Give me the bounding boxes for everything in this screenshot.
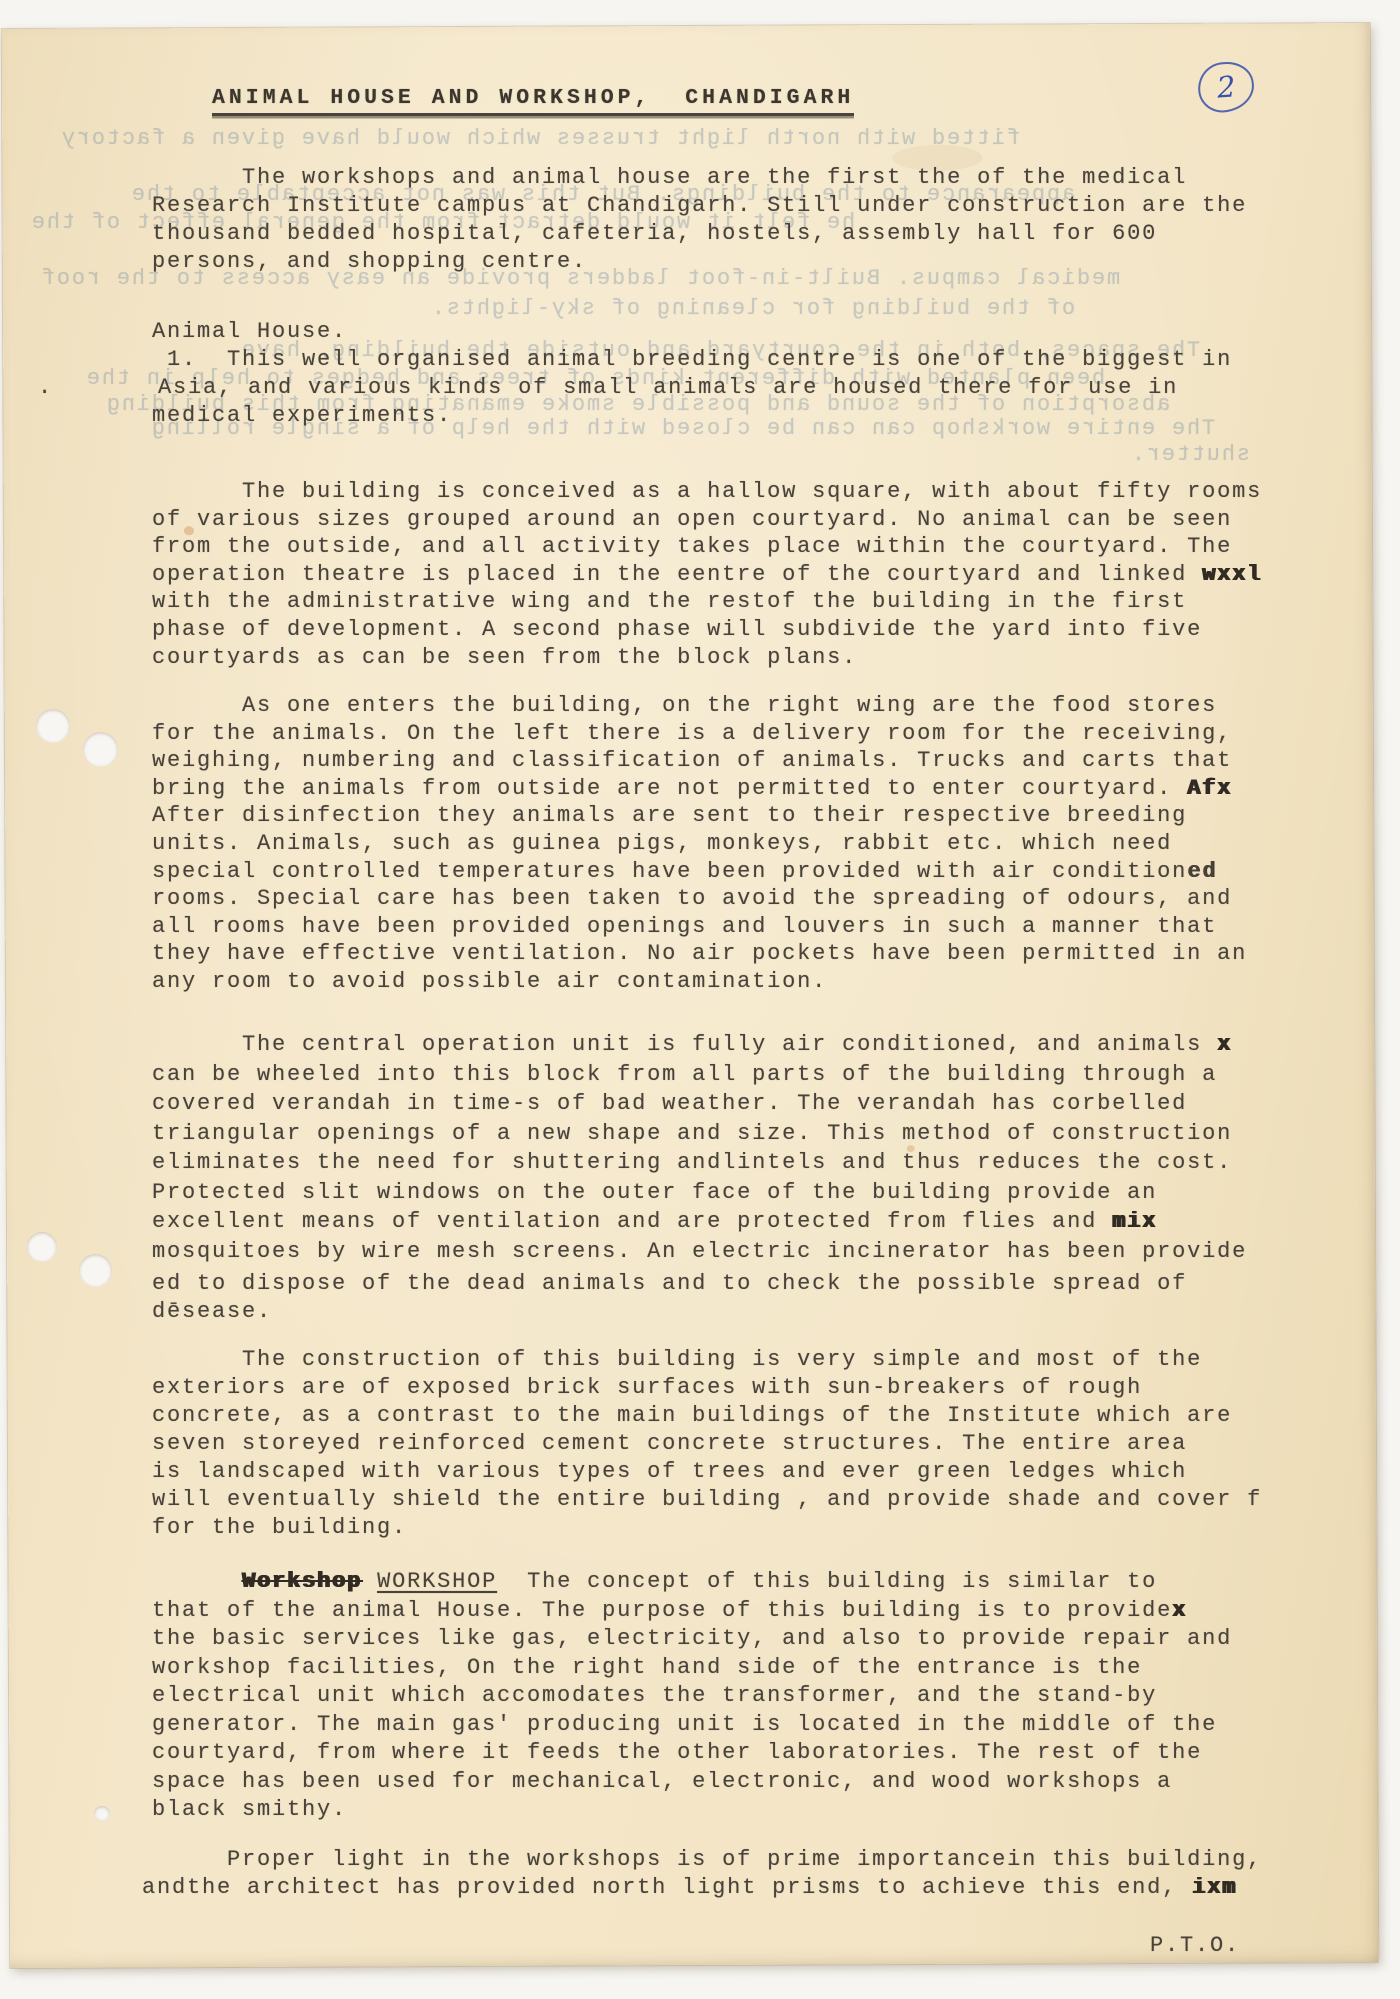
text-line: is landscaped with various types of tree… bbox=[152, 1458, 1262, 1486]
text-line: all rooms have been provided openings an… bbox=[152, 913, 1247, 941]
text-line: Research Institute campus at Chandigarh.… bbox=[152, 192, 1247, 220]
text-line: The central operation unit is fully air … bbox=[152, 1030, 1247, 1060]
text-line: As one enters the building, on the right… bbox=[152, 692, 1247, 720]
punch-hole bbox=[79, 1254, 112, 1287]
text-line: weighing, numbering and classification o… bbox=[152, 747, 1247, 775]
text-line: special controlled temperatures have bee… bbox=[152, 858, 1247, 886]
text-line: Proper light in the workshops is of prim… bbox=[152, 1846, 1262, 1874]
text-line: rooms. Special care has been taken to av… bbox=[152, 885, 1247, 913]
text-line: of various sizes grouped around an open … bbox=[152, 506, 1262, 534]
text-line: electrical unit which accomodates the tr… bbox=[152, 1682, 1232, 1711]
text-line: that of the animal House. The purpose of… bbox=[152, 1597, 1232, 1626]
text-line: seven storeyed reinforced cement concret… bbox=[152, 1430, 1262, 1458]
text-line: any room to avoid possible air contamina… bbox=[152, 968, 1247, 996]
text-line: can be wheeled into this block from all … bbox=[152, 1060, 1247, 1090]
footer-pto: P.T.O. bbox=[1150, 1933, 1240, 1958]
paper-fleck bbox=[94, 1806, 110, 1821]
text-line: The workshops and animal house are the f… bbox=[152, 164, 1247, 192]
text-line: dēsease. bbox=[152, 1298, 1187, 1326]
page-number: 2 bbox=[1216, 72, 1236, 102]
text-line: eliminates the need for shuttering andli… bbox=[152, 1148, 1247, 1178]
paragraph: Workshop WORKSHOP The concept of this bu… bbox=[152, 1568, 1232, 1825]
text-line: medical experiments. bbox=[152, 402, 1232, 430]
text-line: black smithy. bbox=[152, 1796, 1232, 1825]
bleedthrough-line: fitted with north light trusses which wo… bbox=[60, 126, 1020, 151]
text-line: After disinfection they animals are sent… bbox=[152, 802, 1247, 830]
bleedthrough-line: of the building for cleaning of sky-ligh… bbox=[430, 296, 1075, 321]
text-line: Protected slit windows on the outer face… bbox=[152, 1178, 1247, 1208]
text-line: andthe architect has provided north ligh… bbox=[142, 1874, 1262, 1902]
text-line: triangular openings of a new shape and s… bbox=[152, 1119, 1247, 1149]
text-line: workshop facilities, On the right hand s… bbox=[152, 1654, 1232, 1683]
text-line: excellent means of ventilation and are p… bbox=[152, 1207, 1247, 1237]
punch-hole bbox=[83, 732, 118, 767]
paragraph: The workshops and animal house are the f… bbox=[152, 164, 1247, 276]
text-line: 1. This well organised animal breeding c… bbox=[152, 346, 1232, 374]
text-line: phase of development. A second phase wil… bbox=[152, 616, 1262, 644]
paragraph: Proper light in the workshops is of prim… bbox=[152, 1846, 1262, 1902]
text-line: The construction of this building is ver… bbox=[152, 1346, 1262, 1374]
text-line: . Asia, and various kinds of small anima… bbox=[38, 374, 1232, 402]
text-line: for the building. bbox=[152, 1514, 1262, 1542]
punch-hole bbox=[27, 1232, 57, 1262]
paragraph: As one enters the building, on the right… bbox=[152, 692, 1247, 996]
paragraph: The central operation unit is fully air … bbox=[152, 1030, 1247, 1266]
text-line: generator. The main gas' producing unit … bbox=[152, 1711, 1232, 1740]
text-line: space has been used for mechanical, elec… bbox=[152, 1768, 1232, 1797]
paragraph: 1. This well organised animal breeding c… bbox=[152, 346, 1232, 430]
text-line: units. Animals, such as guinea pigs, mon… bbox=[152, 830, 1247, 858]
text-line: exteriors are of exposed brick surfaces … bbox=[152, 1374, 1262, 1402]
document-title: ANIMAL HOUSE AND WORKSHOP, CHANDIGARH bbox=[212, 86, 854, 116]
text-line: mosquitoes by wire mesh screens. An elec… bbox=[152, 1237, 1247, 1267]
paragraph: Animal House. bbox=[152, 318, 347, 346]
paragraph: The construction of this building is ver… bbox=[152, 1346, 1262, 1542]
text-line: courtyard, from where it feeds the other… bbox=[152, 1739, 1232, 1768]
punch-hole bbox=[36, 709, 70, 743]
scan-background: { "scan": { "page_number": "2", "footer"… bbox=[0, 0, 1400, 1999]
text-line: Animal House. bbox=[152, 318, 347, 346]
text-line: covered verandah in time-s of bad weathe… bbox=[152, 1089, 1247, 1119]
text-line: the basic services like gas, electricity… bbox=[152, 1625, 1232, 1654]
text-line: concrete, as a contrast to the main buil… bbox=[152, 1402, 1262, 1430]
paragraph: The building is conceived as a hallow sq… bbox=[152, 478, 1262, 671]
text-line: Workshop WORKSHOP The concept of this bu… bbox=[152, 1568, 1232, 1597]
text-line: for the animals. On the left there is a … bbox=[152, 720, 1247, 748]
text-line: they have effective ventilation. No air … bbox=[152, 940, 1247, 968]
paragraph: ed to dispose of the dead animals and to… bbox=[152, 1270, 1187, 1326]
text-line: operation theatre is placed in the eentr… bbox=[152, 561, 1262, 589]
text-line: from the outside, and all activity takes… bbox=[152, 533, 1262, 561]
bleedthrough-line: shutter. bbox=[1130, 442, 1250, 467]
text-line: with the administrative wing and the res… bbox=[152, 588, 1262, 616]
text-line: persons, and shopping centre. bbox=[152, 248, 1247, 276]
text-line: courtyards as can be seen from the block… bbox=[152, 644, 1262, 672]
text-line: The building is conceived as a hallow sq… bbox=[152, 478, 1262, 506]
text-line: ed to dispose of the dead animals and to… bbox=[152, 1270, 1187, 1298]
text-line: bring the animals from outside are not p… bbox=[152, 775, 1247, 803]
text-line: will eventually shield the entire buildi… bbox=[152, 1486, 1262, 1514]
text-line: thousand bedded hospital, cafeteria, hos… bbox=[152, 220, 1247, 248]
